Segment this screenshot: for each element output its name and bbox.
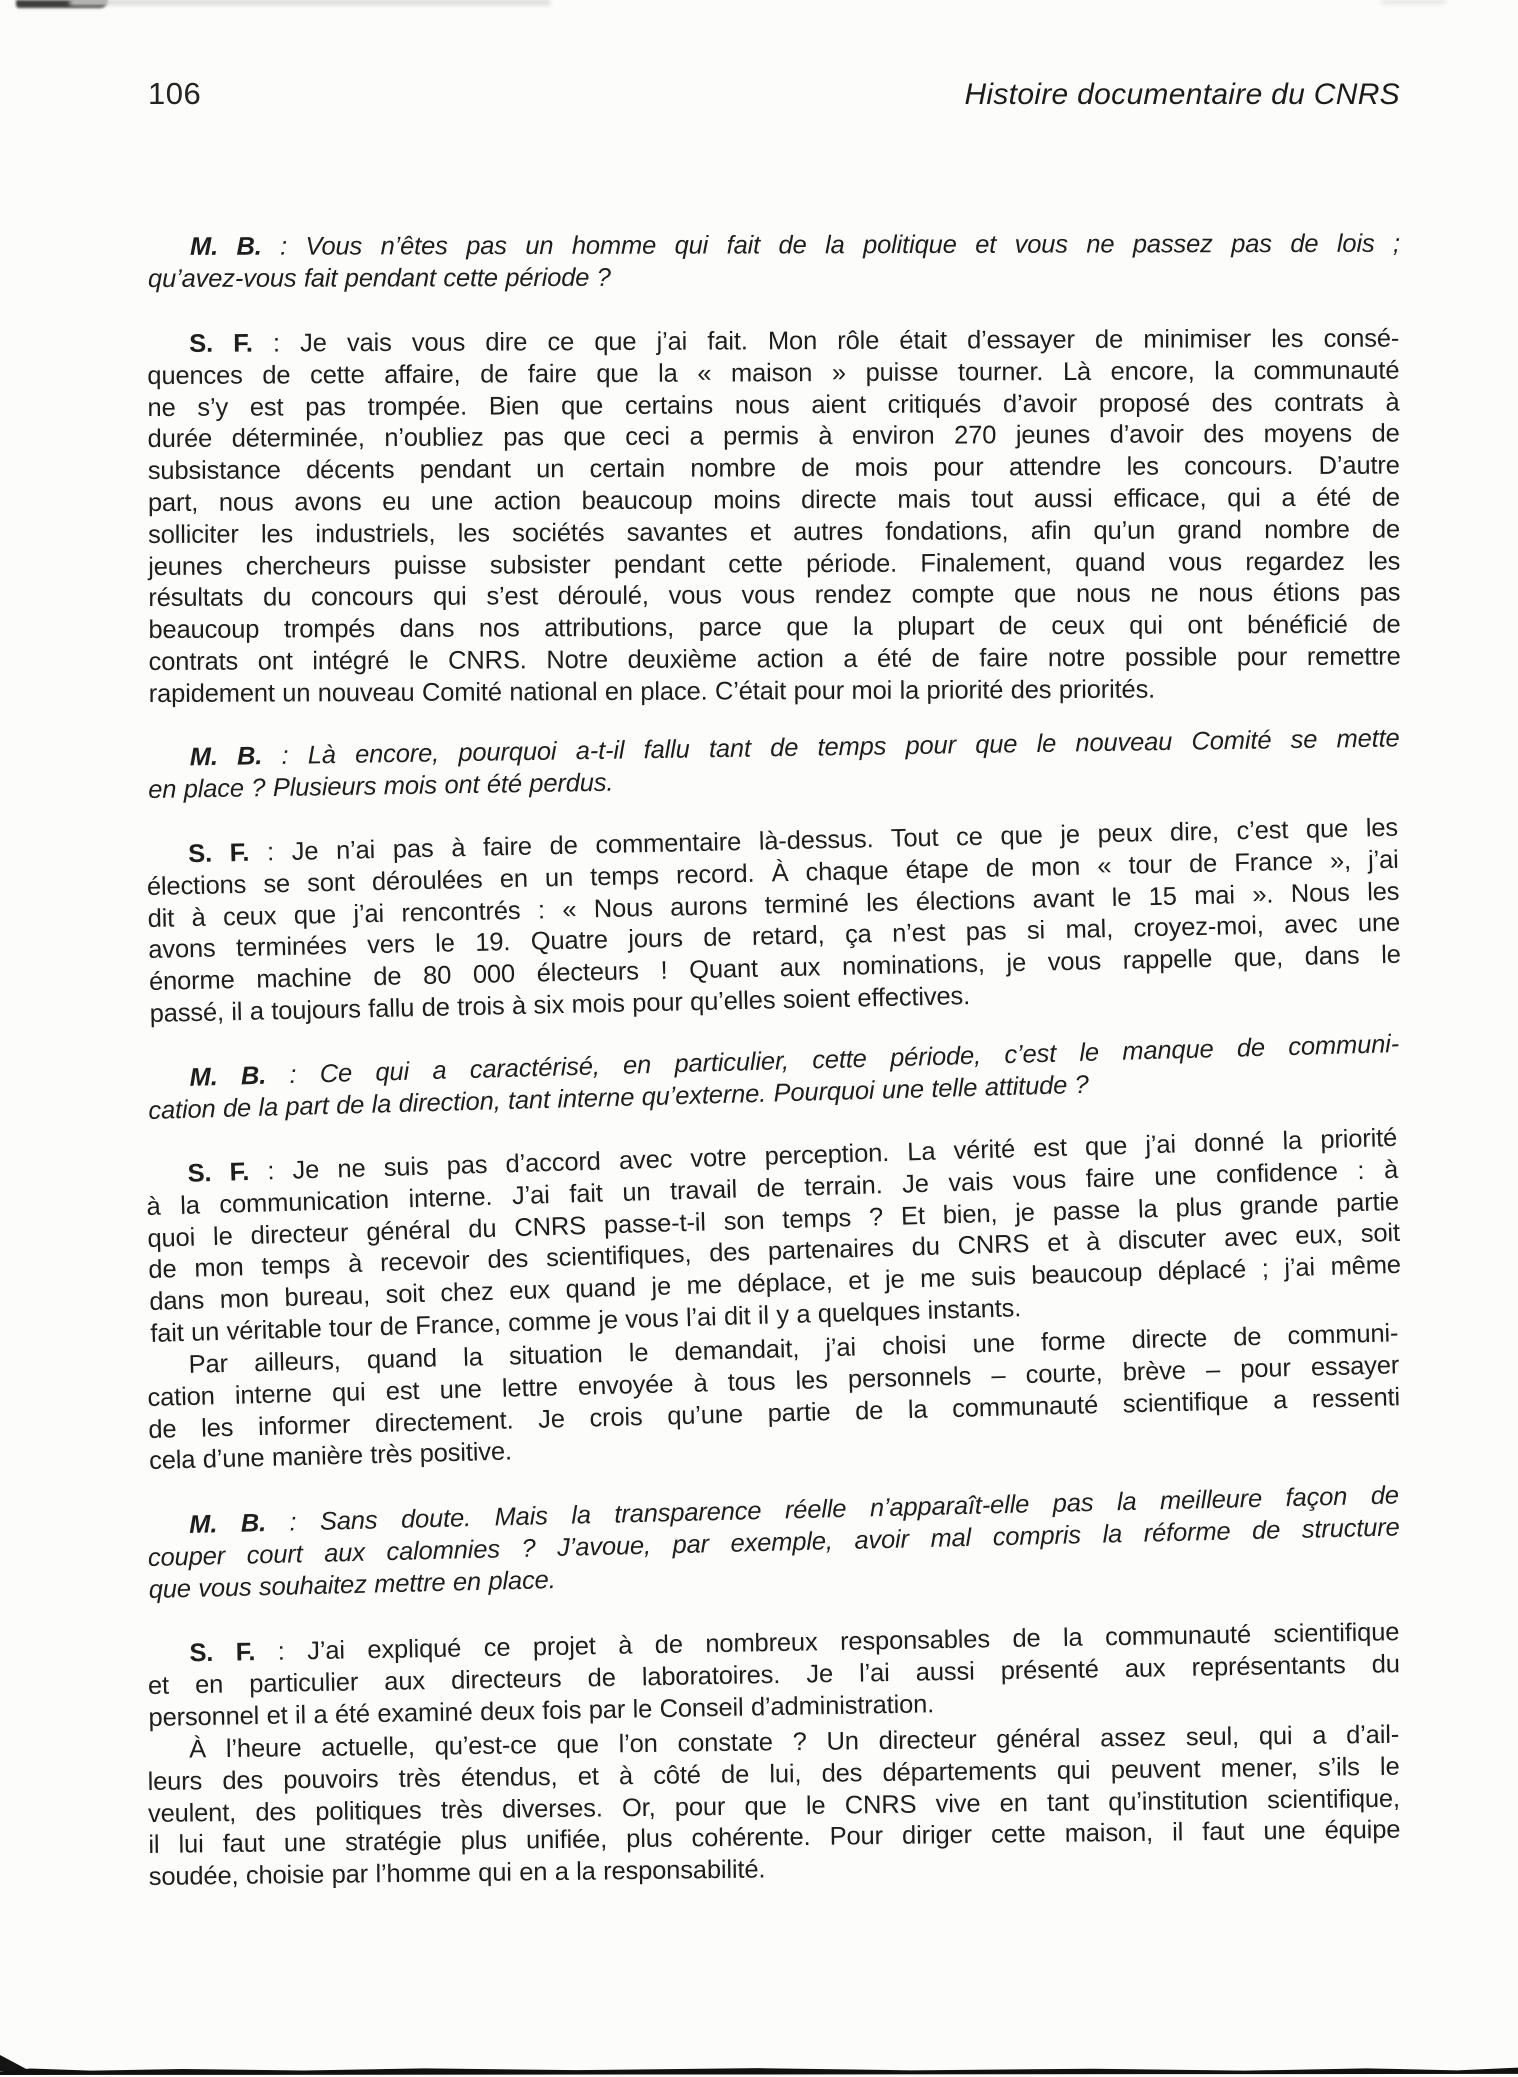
speaker-label: S. F. bbox=[187, 1158, 249, 1188]
running-title: Histoire documentaire du CNRS bbox=[964, 78, 1400, 112]
paragraph: M. B. : Ce qui a caractérisé, en particu… bbox=[147, 1029, 1400, 1128]
scanned-page: 106 Histoire documentaire du CNRS M. B. … bbox=[0, 0, 1518, 2077]
scan-streak-icon bbox=[70, 0, 550, 5]
text-line: M. B. : Vous n’êtes pas un homme qui fai… bbox=[148, 229, 1400, 264]
paragraph: S. F. : Je n’ai pas à faire de commentai… bbox=[146, 812, 1402, 1030]
text-line: ne s’y est pas trompée. Bien que certain… bbox=[147, 387, 1399, 424]
scan-edge-notch-icon bbox=[0, 2055, 30, 2071]
text-line: S. F. : Je vais vous dire ce que j’ai fa… bbox=[147, 323, 1399, 360]
scan-streak-icon bbox=[1382, 0, 1446, 4]
text-line: solliciter les industriels, les sociétés… bbox=[148, 514, 1400, 551]
speaker-label: M. B. bbox=[189, 1509, 266, 1539]
speaker-label: S. F. bbox=[189, 329, 253, 357]
paragraph: S. F. : Je vais vous dire ce que j’ai fa… bbox=[147, 323, 1401, 710]
paragraph: À l’heure actuelle, qu’est-ce que l’on c… bbox=[147, 1720, 1401, 1894]
text-line: jeunes chercheurs puisse subsister penda… bbox=[148, 546, 1400, 583]
paragraph: S. F. : Je ne suis pas d’accord avec vot… bbox=[145, 1123, 1402, 1351]
text-line: rapidement un nouveau Comité national en… bbox=[149, 673, 1401, 710]
running-header: 106 Histoire documentaire du CNRS bbox=[148, 76, 1400, 112]
page-number: 106 bbox=[148, 76, 201, 112]
text-line: résultats du concours qui s’est déroulé,… bbox=[148, 578, 1400, 615]
text-line: beaucoup trompés dans nos attributions, … bbox=[148, 609, 1400, 646]
text-line: subsistance décents pendant un certain n… bbox=[148, 450, 1400, 487]
text-line: quences de cette affaire, de faire que l… bbox=[147, 355, 1399, 392]
speaker-label: S. F. bbox=[188, 839, 250, 868]
speaker-label: M. B. bbox=[190, 233, 262, 261]
paragraph: M. B. : Là encore, pourquoi a-t-il fallu… bbox=[148, 723, 1401, 806]
paragraph: S. F. : J’ai expliqué ce projet à de nom… bbox=[147, 1618, 1400, 1735]
page-margin-box: 106 Histoire documentaire du CNRS M. B. … bbox=[0, 0, 1518, 1894]
text-line: contrats ont intégré le CNRS. Notre deux… bbox=[149, 641, 1401, 678]
page-body: M. B. : Vous n’êtes pas un homme qui fai… bbox=[148, 232, 1400, 1894]
speaker-label: S. F. bbox=[189, 1639, 255, 1668]
speaker-label: M. B. bbox=[190, 742, 263, 771]
paragraph: M. B. : Sans doute. Mais la transparence… bbox=[147, 1481, 1401, 1607]
paragraph: M. B. : Vous n’êtes pas un homme qui fai… bbox=[148, 229, 1400, 296]
scan-edge-bottom-icon bbox=[0, 2066, 1518, 2075]
text-line: part, nous avons eu une action beaucoup … bbox=[148, 482, 1400, 519]
speaker-label: M. B. bbox=[189, 1061, 266, 1091]
text-line: qu’avez-vous fait pendant cette période … bbox=[148, 261, 1400, 296]
text-line: durée déterminée, n’oubliez pas que ceci… bbox=[148, 419, 1400, 456]
